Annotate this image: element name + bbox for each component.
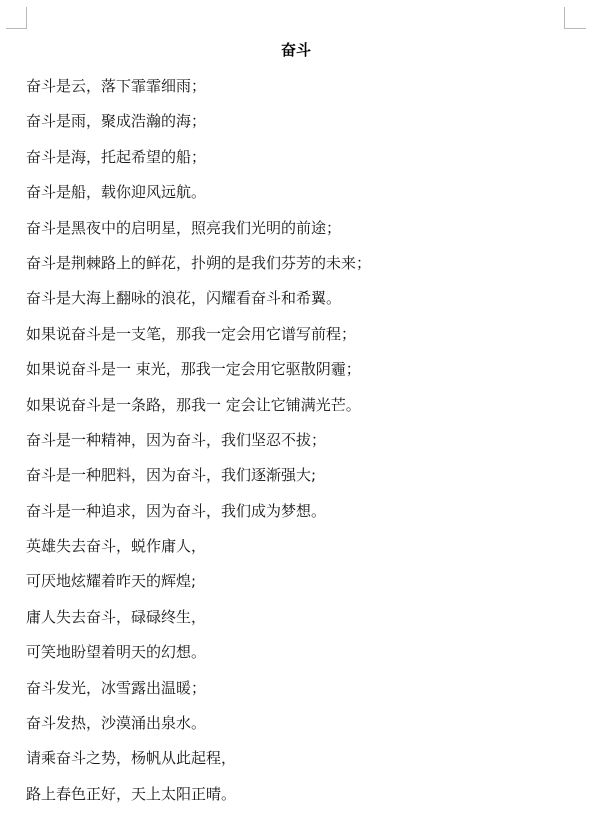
page-corner-mark-top-right [564, 7, 586, 29]
poem-body: 奋斗是云，落下霏霏细雨； 奋斗是雨，聚成浩瀚的海； 奋斗是海，托起希望的船； 奋… [26, 75, 371, 818]
poem-line: 奋斗是船，载你迎风远航。 [26, 181, 371, 216]
poem-line: 奋斗是一种肥料，因为奋斗，我们逐渐强大; [26, 464, 371, 499]
poem-line: 奋斗是一种追求，因为奋斗，我们成为梦想。 [26, 500, 371, 535]
poem-line: 奋斗发热，沙漠涌出泉水。 [26, 712, 371, 747]
poem-line: 如果说奋斗是一条路，那我一 定会让它铺满光芒。 [26, 394, 371, 429]
poem-line: 英雄失去奋斗，蜕作庸人， [26, 535, 371, 570]
poem-line: 路上春色正好，天上太阳正晴。 [26, 783, 371, 818]
poem-line: 奋斗是荆棘路上的鲜花，扑朔的是我们芬芳的未来； [26, 252, 371, 287]
poem-line: 如果说奋斗是一支笔，那我一定会用它谱写前程； [26, 323, 371, 358]
poem-line: 奋斗是云，落下霏霏细雨； [26, 75, 371, 110]
poem-line: 奋斗是雨，聚成浩瀚的海； [26, 110, 371, 145]
page-corner-mark-top-left [6, 7, 27, 29]
poem-line: 奋斗是一种精神，因为奋斗，我们坚忍不拔； [26, 429, 371, 464]
poem-line: 奋斗是黑夜中的启明星，照亮我们光明的前途； [26, 217, 371, 252]
poem-line: 庸人失去奋斗，碌碌终生， [26, 606, 371, 641]
poem-line: 请乘奋斗之势，杨帆从此起程， [26, 747, 371, 782]
document-title: 奋斗 [0, 39, 592, 61]
poem-line: 可笑地盼望着明天的幻想。 [26, 641, 371, 676]
poem-line: 奋斗发光，冰雪露出温暖； [26, 677, 371, 712]
poem-line: 可厌地炫耀着昨天的辉煌; [26, 570, 371, 605]
poem-line: 奋斗是大海上翻咏的浪花，闪耀看奋斗和希翼。 [26, 287, 371, 322]
poem-line: 奋斗是海，托起希望的船； [26, 146, 371, 181]
poem-line: 如果说奋斗是一 束光，那我一定会用它驱散阴霾； [26, 358, 371, 393]
